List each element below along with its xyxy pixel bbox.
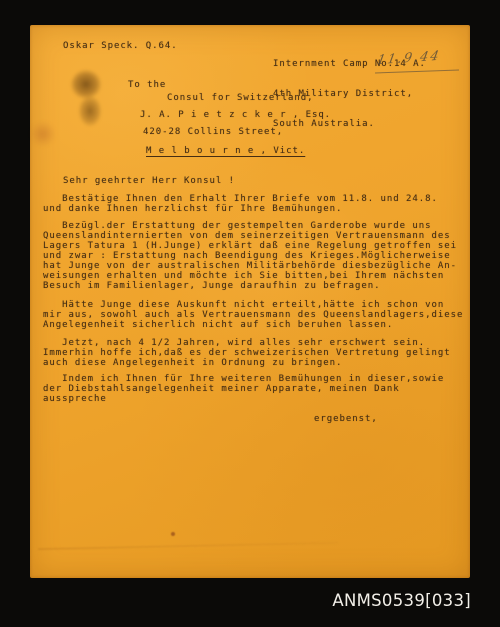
paragraph-1: Bestätige Ihnen den Erhalt Ihrer Briefe … (43, 194, 465, 214)
recipient-title: Consul for Switzerland, (167, 93, 313, 103)
letter-page: Oskar Speck. Q.64. Internment Camp No.14… (30, 25, 470, 578)
recipient-name: J. A. P i e t z c k e r , Esq. (140, 110, 331, 120)
paragraph-4: Jetzt, nach 4 1/2 Jahren, wird alles seh… (43, 338, 465, 368)
paper-stain (26, 117, 60, 151)
paragraph-3: Hätte Junge diese Auskunft nicht erteilt… (43, 300, 465, 330)
recipient-street: 420-28 Collins Street, (143, 127, 283, 137)
sender-line: Oskar Speck. Q.64. (63, 41, 178, 51)
salutation: Sehr geehrter Herr Konsul ! (63, 176, 235, 186)
recipient-to: To the (128, 80, 166, 90)
camp-address-line: South Australia. (273, 119, 426, 129)
ink-stain (68, 69, 104, 129)
paper-speck (171, 532, 175, 536)
paragraph-2: Bezügl.der Erstattung der gestempelten G… (43, 221, 465, 291)
recipient-city: M e l b o u r n e , Vict. (146, 146, 305, 156)
photo-background: Oskar Speck. Q.64. Internment Camp No.14… (0, 0, 500, 627)
closing-valediction: ergebenst, (314, 414, 378, 424)
ink-stain-lobe (78, 95, 102, 127)
paper-crease (38, 542, 338, 550)
archive-caption: ANMS0539[033] (332, 591, 471, 610)
paragraph-5: Indem ich Ihnen für Ihre weiteren Bemühu… (43, 374, 465, 404)
handwritten-date: 11.9.44 (376, 49, 442, 69)
